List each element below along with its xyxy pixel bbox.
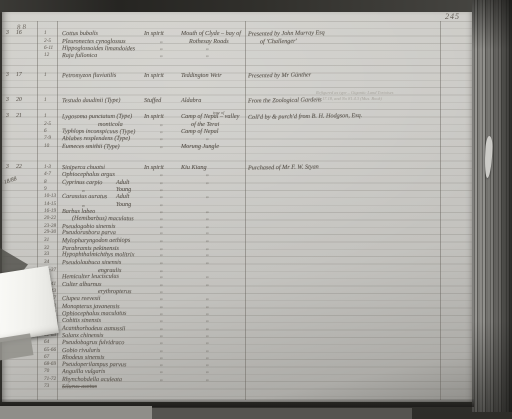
- register-page: [2, 12, 472, 402]
- column-rule-date: [37, 21, 38, 400]
- book-page-edges: [472, 0, 512, 412]
- column-rule-margin: [440, 21, 441, 400]
- page-number: 245: [445, 12, 460, 21]
- horizontal-ruling: [2, 21, 472, 400]
- bookmark-strip: [0, 266, 59, 343]
- year-label: 88: [17, 23, 29, 32]
- column-rule-number: [57, 21, 58, 400]
- column-rule-acquisition: [245, 21, 246, 400]
- book-bottom-edge: [152, 408, 412, 419]
- table-surface: [0, 406, 152, 419]
- ledger-photo: 245 88 316Presented by John Murray Esqof…: [0, 0, 512, 419]
- page-edges-shading: [472, 0, 512, 412]
